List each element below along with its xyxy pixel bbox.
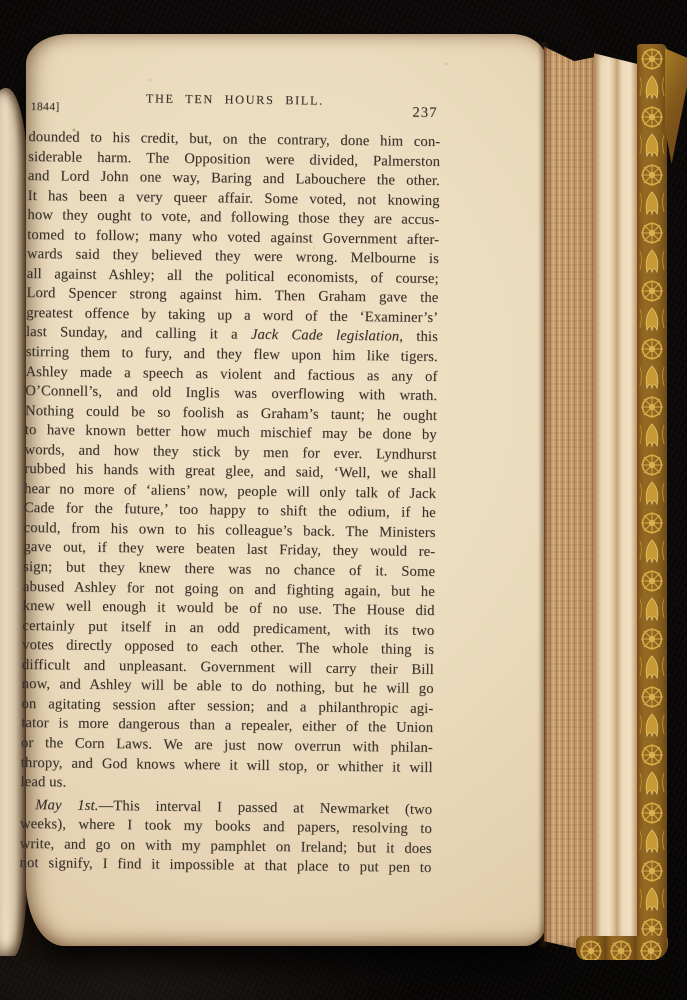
text-line: not signify, I find it impossible at tha… bbox=[19, 854, 431, 879]
running-title: THE TEN HOURS BILL. bbox=[29, 90, 441, 110]
decorated-cover-edge bbox=[637, 44, 667, 958]
book-page: 1844] THE TEN HOURS BILL. 237 dounded to… bbox=[26, 34, 548, 946]
italic-run: May 1st. bbox=[35, 797, 99, 814]
body-text: dounded to his credit, but, on the contr… bbox=[19, 128, 440, 879]
gilt-pattern-bottom-svg bbox=[576, 936, 668, 960]
gilt-pattern-svg bbox=[637, 44, 667, 958]
flyleaf-edge bbox=[594, 46, 638, 952]
page-number: 237 bbox=[412, 105, 438, 122]
page-content: 1844] THE TEN HOURS BILL. 237 dounded to… bbox=[19, 89, 441, 879]
gilt-fore-edge bbox=[544, 42, 602, 952]
italic-run: Jack Cade legislation, bbox=[251, 327, 403, 345]
page-header: 1844] THE TEN HOURS BILL. 237 bbox=[29, 89, 441, 124]
paragraph: dounded to his credit, but, on the contr… bbox=[20, 128, 440, 798]
decorated-cover-edge-bottom bbox=[576, 936, 668, 960]
book-photograph: 1844] THE TEN HOURS BILL. 237 dounded to… bbox=[0, 0, 687, 1000]
paragraph: May 1st.—This interval I passed at Newma… bbox=[19, 796, 432, 879]
